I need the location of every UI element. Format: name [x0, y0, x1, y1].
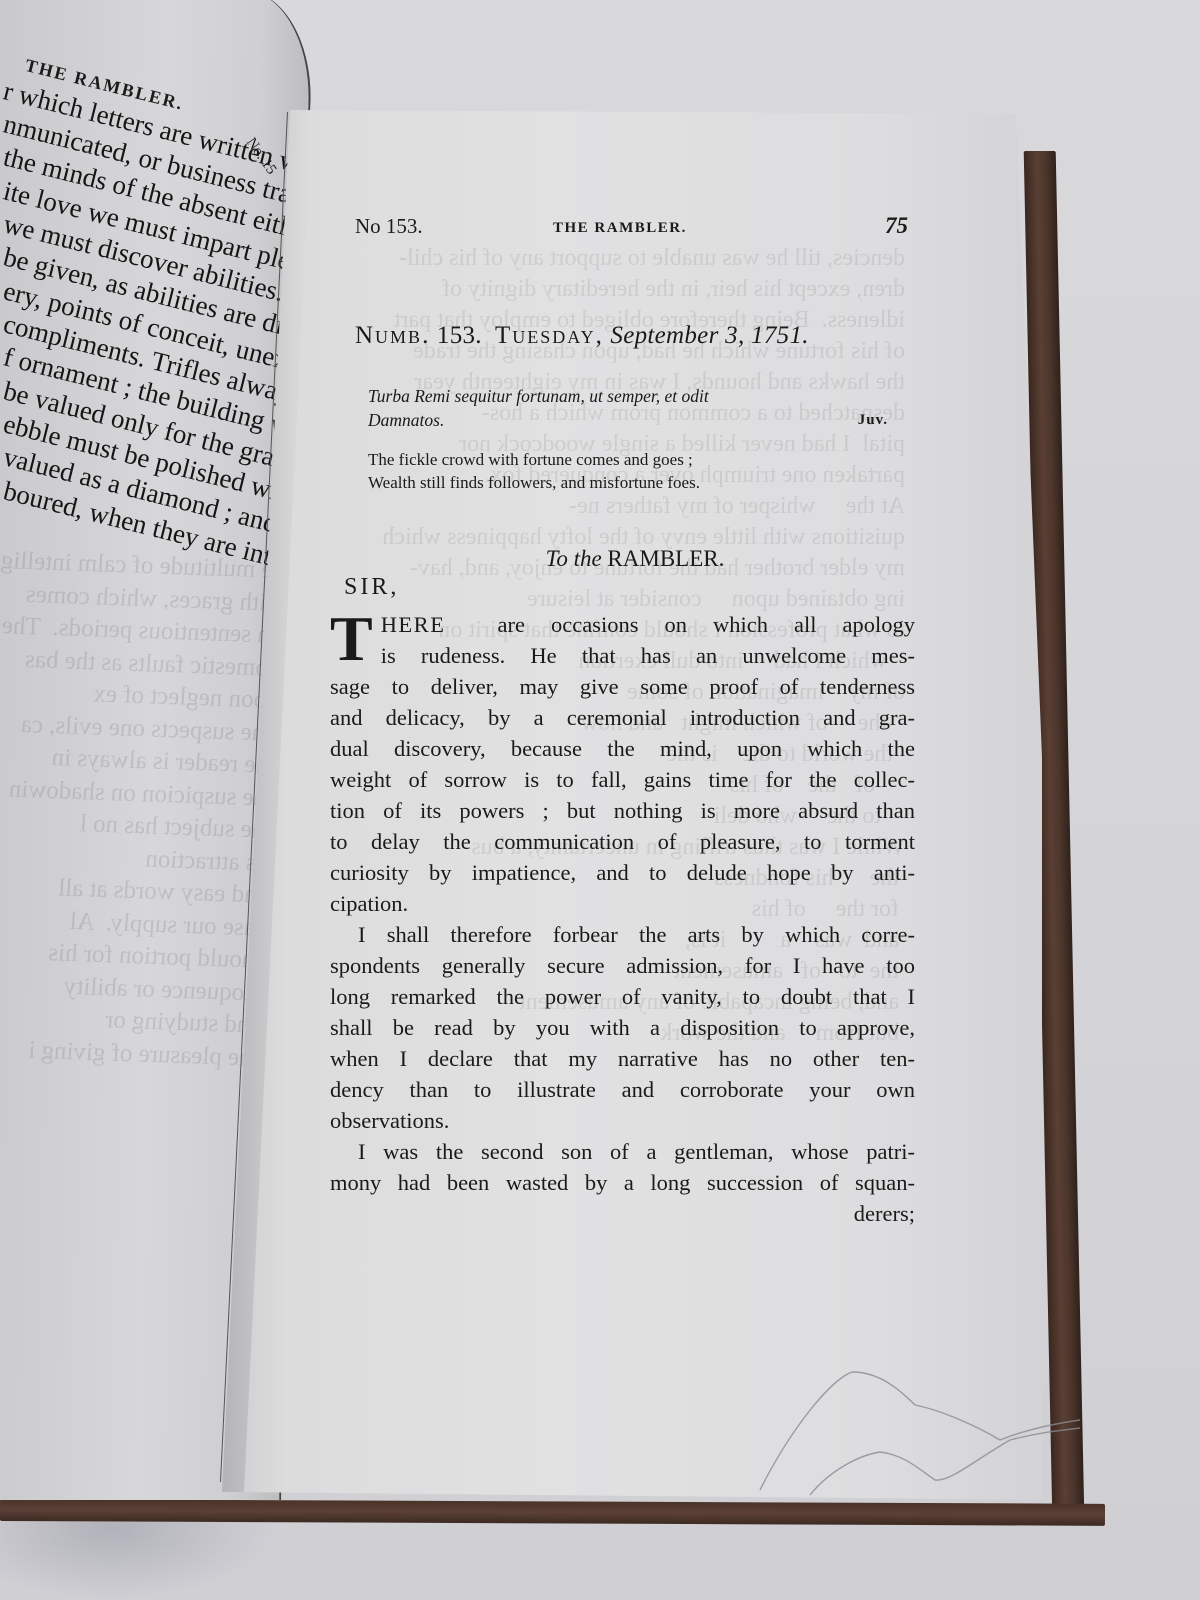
table-shadow — [0, 1510, 280, 1600]
issue-number: 153. — [437, 322, 482, 349]
text-line: HERE are occasions on which all apology — [330, 609, 915, 640]
paragraph: I was the second son of a gentleman, who… — [330, 1136, 915, 1198]
text-line: weight of sorrow is to fall, gains time … — [330, 764, 915, 795]
text-line: spondents generally secure admission, fo… — [330, 950, 915, 981]
text-line: dual discovery, because the mind, upon w… — [330, 733, 915, 764]
translation-line: The fickle crowd with fortune comes and … — [368, 448, 915, 471]
issue-day: Tuesday, — [495, 322, 604, 349]
first-word: HERE — [381, 612, 446, 637]
text-line: tion of its powers ; but nothing is more… — [330, 795, 915, 826]
essay-number: No 153. — [355, 214, 423, 239]
book-photo: the multitude of calm intellig with grac… — [0, 0, 1200, 1600]
issue-date: September 3, 1751. — [610, 322, 808, 349]
translation-line: Wealth still finds followers, and misfor… — [368, 471, 915, 494]
motto-author: Juv. — [858, 408, 888, 432]
text-line: I was the second son of a gentleman, who… — [330, 1136, 915, 1167]
issue-line: Numb. 153. Tuesday, September 3, 1751. — [355, 322, 915, 350]
text-line: curiosity by impatience, and to delude h… — [330, 857, 915, 888]
latin-motto: Turba Remi sequitur fortunam, ut semper,… — [368, 384, 888, 432]
text-line: cipation. — [330, 888, 915, 919]
text-line: dency than to illustrate and corroborate… — [330, 1074, 915, 1105]
running-title: THE RAMBLER. — [553, 220, 687, 237]
page-number: 75 — [885, 213, 908, 239]
text-line: is rudeness. He that has an unwelcome me… — [338, 640, 915, 671]
catchword: derers; — [330, 1198, 915, 1229]
letter-heading-prefix: To the — [546, 546, 602, 571]
text-line: and delicacy, by a ceremonial introducti… — [330, 702, 915, 733]
paragraph: T HERE are occasions on which all apolog… — [330, 609, 915, 919]
letter-heading-name: RAMBLER. — [607, 546, 724, 571]
issue-label: Numb. — [355, 322, 430, 349]
text-line: shall be read by you with a disposition … — [330, 1012, 915, 1043]
letter-heading: To the RAMBLER. — [355, 546, 915, 572]
letter-body: T HERE are occasions on which all apolog… — [330, 609, 915, 1229]
text-line: when I declare that my narrative has no … — [330, 1043, 915, 1074]
page-content: No 153. THE RAMBLER. 75 Numb. 153. Tuesd… — [330, 210, 915, 1229]
salutation: SIR, — [344, 574, 915, 601]
motto-line: Damnatos. — [368, 408, 444, 432]
text-line: I shall therefore forbear the arts by wh… — [330, 919, 915, 950]
motto-line: Turba Remi sequitur fortunam, ut semper,… — [368, 384, 888, 408]
text-line: observations. — [330, 1105, 915, 1136]
motto-translation: The fickle crowd with fortune comes and … — [368, 448, 915, 494]
paragraph: I shall therefore forbear the arts by wh… — [330, 919, 915, 1136]
running-head: No 153. THE RAMBLER. 75 — [355, 210, 920, 242]
text-line: long remarked the power of vanity, to do… — [330, 981, 915, 1012]
text-line: sage to deliver, may give some proof of … — [330, 671, 915, 702]
drop-cap: T — [330, 613, 373, 665]
text-line: to delay the communication of pleasure, … — [330, 826, 915, 857]
text-line-content: are occasions on which all apology — [497, 612, 915, 637]
text-line: mony had been wasted by a long successio… — [330, 1167, 915, 1198]
